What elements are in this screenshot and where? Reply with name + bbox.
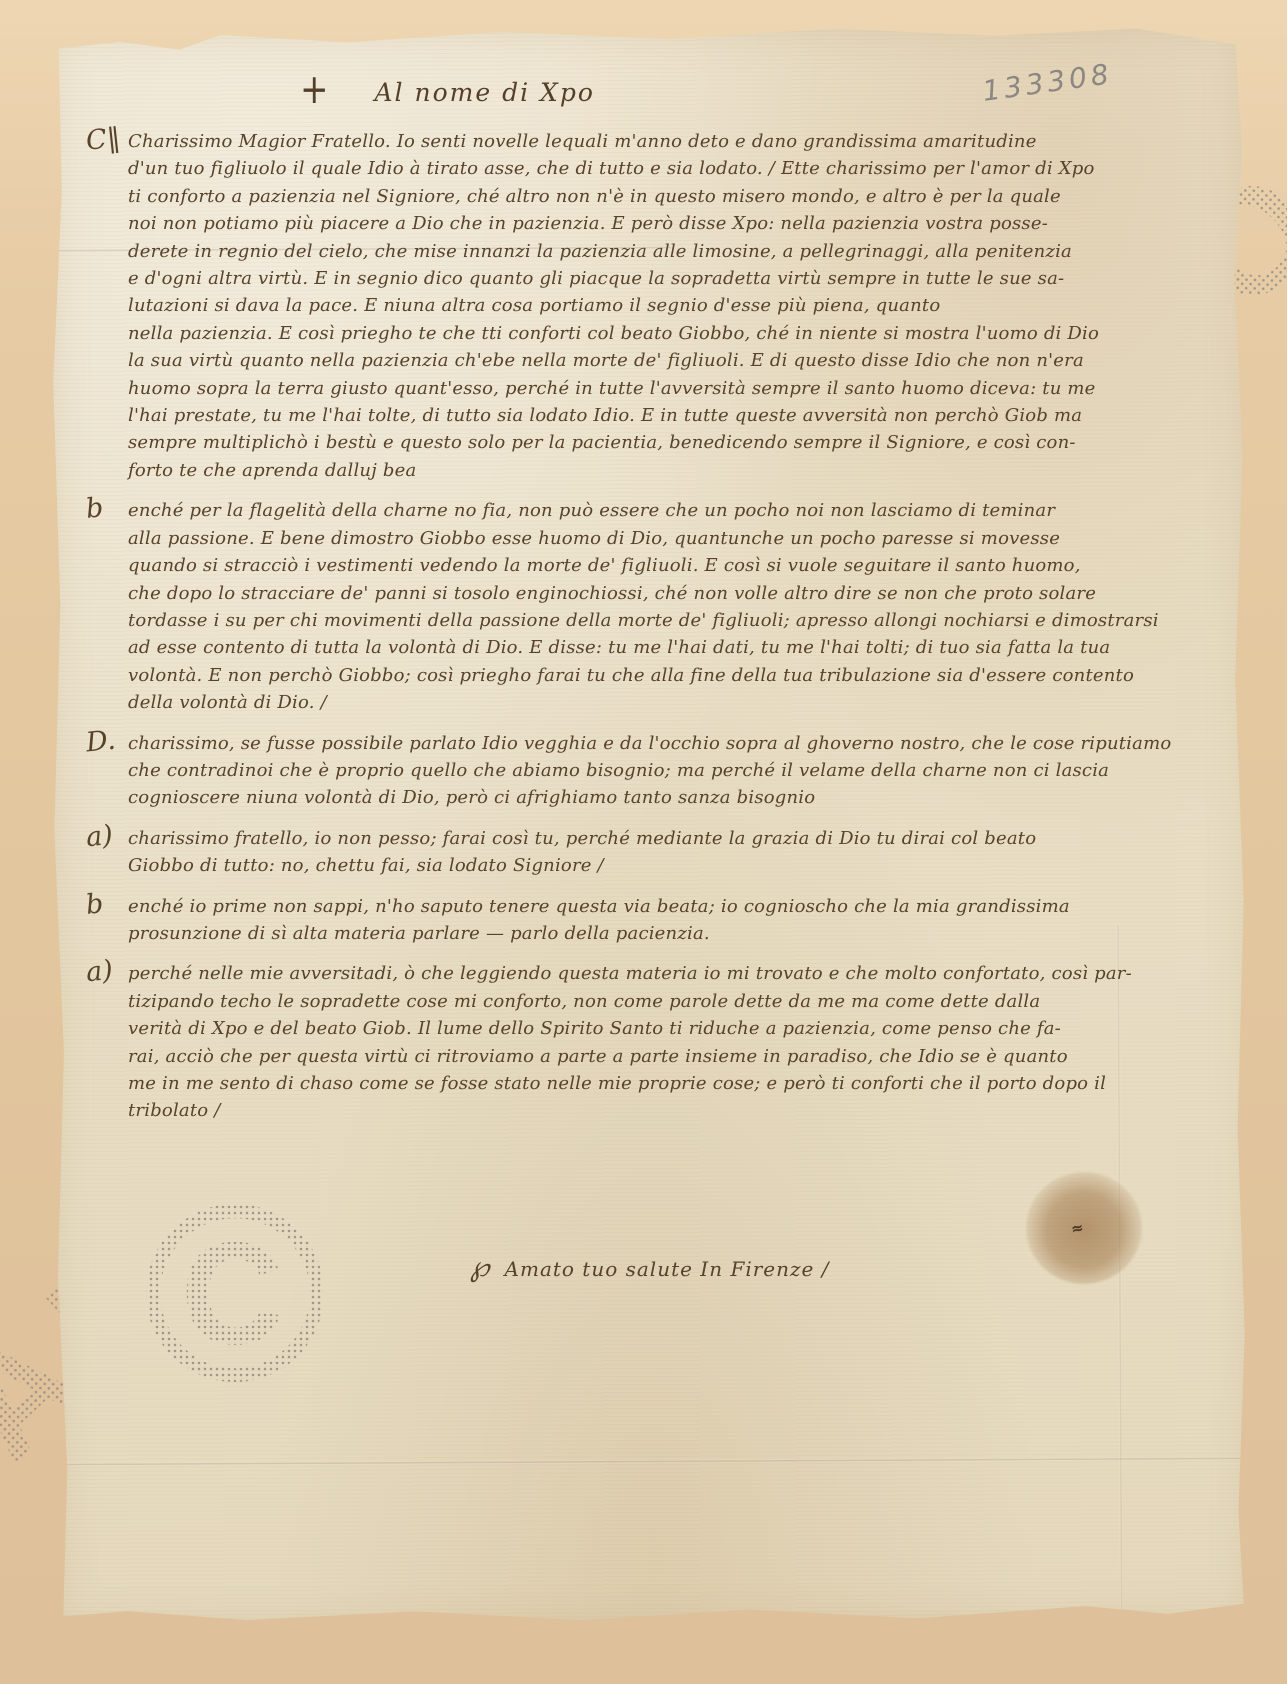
manuscript-line: rai, acciò che per questa virtù ci ritro… xyxy=(128,1043,1150,1070)
paragraph: a) perché nelle mie avversitadi, ò che l… xyxy=(128,960,1150,1124)
manuscript-line: Charissimo Magior Fratello. Io senti nov… xyxy=(128,128,1150,155)
closing-salutation: ℘Amato tuo salute In Firenze / xyxy=(470,1250,829,1283)
manuscript-line: che contradinoi che è proprio quello che… xyxy=(128,757,1150,784)
manuscript-line: quando si stracciò i vestimenti vedendo … xyxy=(128,552,1150,579)
cross-icon: + xyxy=(300,66,329,114)
closing-text: Amato tuo salute In Firenze / xyxy=(505,1257,830,1281)
manuscript-line: alla passione. E bene dimostro Giobbo es… xyxy=(128,525,1150,552)
manuscript-line: volontà. E non perchò Giobbo; così prieg… xyxy=(128,662,1150,689)
manuscript-line: tizipando techo le sopradette cose mi co… xyxy=(128,988,1150,1015)
manuscript-line: charissimo fratello, io non pesso; farai… xyxy=(128,825,1150,852)
paragraph-initial: D. xyxy=(85,726,117,756)
paragraph-initial: a) xyxy=(85,957,115,987)
manuscript-line: tribolato / xyxy=(128,1097,1150,1124)
manuscript-line: che dopo lo stracciare de' panni si toso… xyxy=(128,580,1150,607)
manuscript-line: lutazioni si dava la pace. E niuna altra… xyxy=(128,292,1150,319)
manuscript-line: ti conforto a pazienzia nel Signiore, ch… xyxy=(128,183,1150,210)
manuscript-line: prosunzione di sì alta materia parlare —… xyxy=(128,920,1150,947)
copyright-watermark-icon: © xyxy=(142,1168,328,1420)
manuscript-line: huomo sopra la terra giusto quant'esso, … xyxy=(128,375,1150,402)
paragraph: C‖ Charissimo Magior Fratello. Io senti … xyxy=(128,128,1150,484)
paragraph-lines: charissimo fratello, io non pesso; farai… xyxy=(128,825,1150,880)
paragraph: b enché per la flagelità della charne no… xyxy=(128,497,1150,716)
manuscript-line: forto te che aprenda dalluj bea xyxy=(128,457,1150,484)
paragraph-lines: Charissimo Magior Fratello. Io senti nov… xyxy=(128,128,1150,484)
manuscript-line: cognioscere niuna volontà di Dio, però c… xyxy=(128,784,1150,811)
fold-crease-bottom xyxy=(55,1457,1251,1466)
paragraph-lines: charissimo, se fusse possibile parlato I… xyxy=(128,730,1150,812)
signature-flourish: ℘ xyxy=(470,1250,491,1283)
manuscript-line: sempre multiplichò i bestù e questo solo… xyxy=(128,429,1150,456)
heading-text: Al nome di Xpo xyxy=(375,78,595,107)
manuscript-line: l'hai prestate, tu me l'hai tolte, di tu… xyxy=(128,402,1150,429)
letter-heading: + Al nome di Xpo xyxy=(300,70,595,110)
paragraph-lines: perché nelle mie avversitadi, ò che legg… xyxy=(128,960,1150,1124)
manuscript-line: verità di Xpo e del beato Giob. Il lume … xyxy=(128,1015,1150,1042)
manuscript-line: la sua virtù quanto nella pazienzia ch'e… xyxy=(128,347,1150,374)
manuscript-line: Giobbo di tutto: no, chettu fai, sia lod… xyxy=(128,852,1150,879)
paragraph: b enché io prime non sappi, n'ho saputo … xyxy=(128,893,1150,948)
manuscript-line: perché nelle mie avversitadi, ò che legg… xyxy=(128,960,1150,987)
paragraph-lines: enché io prime non sappi, n'ho saputo te… xyxy=(128,893,1150,948)
manuscript-line: me in me sento di chaso come se fosse st… xyxy=(128,1070,1150,1097)
manuscript-line: tordasse i su per chi movimenti della pa… xyxy=(128,607,1150,634)
paragraph-initial: a) xyxy=(85,821,115,851)
manuscript-line: derete in regnio del cielo, che mise inn… xyxy=(128,238,1150,265)
manuscript-line: e d'ogni altra virtù. E in segnio dico q… xyxy=(128,265,1150,292)
paragraph-initial: b xyxy=(85,494,105,523)
paragraph-lines: enché per la flagelità della charne no f… xyxy=(128,497,1150,716)
letter-body: C‖ Charissimo Magior Fratello. Io senti … xyxy=(128,128,1150,1138)
manuscript-line: enché per la flagelità della charne no f… xyxy=(128,497,1150,524)
manuscript-line: d'un tuo figliuolo il quale Idio à tirat… xyxy=(128,155,1150,182)
manuscript-line: ad esse contento di tutta la volontà di … xyxy=(128,634,1150,661)
manuscript-line: charissimo, se fusse possibile parlato I… xyxy=(128,730,1150,757)
paragraph-initial: C‖ xyxy=(85,124,122,155)
paragraph-initial: b xyxy=(85,890,105,919)
manuscript-line: nella pazienzia. E così priegho te che t… xyxy=(128,320,1150,347)
manuscript-line: enché io prime non sappi, n'ho saputo te… xyxy=(128,893,1150,920)
manuscript-line: della volontà di Dio. / xyxy=(128,689,1150,716)
ink-stain xyxy=(1026,1172,1142,1284)
manuscript-line: noi non potiamo più piacere a Dio che in… xyxy=(128,210,1150,237)
photo-mat-background: ARCHIVIO DI STATO + Al nome di Xpo 13330… xyxy=(0,0,1287,1684)
paragraph: D. charissimo, se fusse possibile parlat… xyxy=(128,730,1150,812)
paragraph: a) charissimo fratello, io non pesso; fa… xyxy=(128,825,1150,880)
